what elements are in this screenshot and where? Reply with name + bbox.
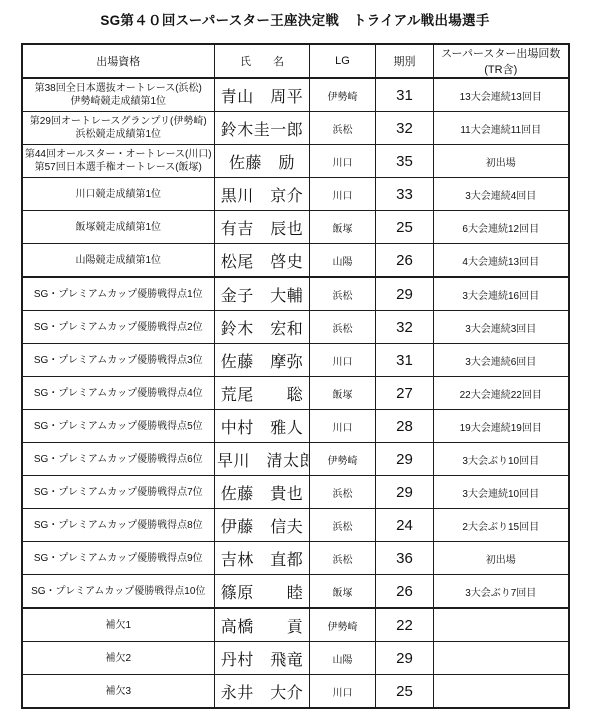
lg-cell: 浜松 bbox=[310, 311, 376, 344]
term-cell: 29 bbox=[376, 476, 434, 509]
lg-cell: 浜松 bbox=[310, 476, 376, 509]
roster-table: 出場資格 氏 名 LG 期別 スーパースター出場回数(TR含) 第38回全日本選… bbox=[21, 43, 570, 709]
term-cell: 32 bbox=[376, 112, 434, 145]
count-cell: 初出場 bbox=[434, 542, 569, 575]
table-row: 飯塚競走成績第1位 有吉 辰也 飯塚 25 6大会連続12回目 bbox=[22, 211, 569, 244]
table-row: SG・プレミアムカップ優勝戦得点6位 早川 清太郎 伊勢崎 29 3大会ぶり10… bbox=[22, 443, 569, 476]
count-cell bbox=[434, 608, 569, 642]
racer-name-cell: 荒尾 聡 bbox=[215, 377, 310, 410]
lg-cell: 川口 bbox=[310, 178, 376, 211]
term-cell: 31 bbox=[376, 78, 434, 112]
qualification-cell: 補欠3 bbox=[22, 675, 215, 709]
count-cell: 13大会連続13回目 bbox=[434, 78, 569, 112]
header-lg: LG bbox=[310, 44, 376, 78]
racer-name-cell: 篠原 睦 bbox=[215, 575, 310, 609]
table-row: SG・プレミアムカップ優勝戦得点3位 佐藤 摩弥 川口 31 3大会連続6回目 bbox=[22, 344, 569, 377]
qualification-cell: SG・プレミアムカップ優勝戦得点10位 bbox=[22, 575, 215, 609]
count-cell: 3大会ぶり10回目 bbox=[434, 443, 569, 476]
qualification-cell: 補欠1 bbox=[22, 608, 215, 642]
term-cell: 27 bbox=[376, 377, 434, 410]
header-term: 期別 bbox=[376, 44, 434, 78]
lg-cell: 浜松 bbox=[310, 112, 376, 145]
qualification-cell: SG・プレミアムカップ優勝戦得点7位 bbox=[22, 476, 215, 509]
racer-name-cell: 中村 雅人 bbox=[215, 410, 310, 443]
term-cell: 24 bbox=[376, 509, 434, 542]
count-cell: 2大会ぶり15回目 bbox=[434, 509, 569, 542]
qualification-cell: 第38回全日本選抜オートレース(浜松) 伊勢崎競走成績第1位 bbox=[22, 78, 215, 112]
table-row: SG・プレミアムカップ優勝戦得点1位 金子 大輔 浜松 29 3大会連続16回目 bbox=[22, 277, 569, 311]
racer-name-cell: 松尾 啓史 bbox=[215, 244, 310, 278]
header-name: 氏 名 bbox=[215, 44, 310, 78]
racer-name-cell: 永井 大介 bbox=[215, 675, 310, 709]
count-cell: 4大会連続13回目 bbox=[434, 244, 569, 278]
lg-cell: 伊勢崎 bbox=[310, 608, 376, 642]
count-cell bbox=[434, 642, 569, 675]
term-cell: 26 bbox=[376, 575, 434, 609]
count-cell: 3大会連続16回目 bbox=[434, 277, 569, 311]
qualification-cell: 山陽競走成績第1位 bbox=[22, 244, 215, 278]
count-cell: 3大会連続4回目 bbox=[434, 178, 569, 211]
lg-cell: 飯塚 bbox=[310, 211, 376, 244]
racer-name-cell: 青山 周平 bbox=[215, 78, 310, 112]
term-cell: 29 bbox=[376, 443, 434, 476]
table-row: SG・プレミアムカップ優勝戦得点4位 荒尾 聡 飯塚 27 22大会連続22回目 bbox=[22, 377, 569, 410]
qualification-cell: SG・プレミアムカップ優勝戦得点8位 bbox=[22, 509, 215, 542]
count-cell: 22大会連続22回目 bbox=[434, 377, 569, 410]
racer-name-cell: 有吉 辰也 bbox=[215, 211, 310, 244]
count-cell: 3大会連続3回目 bbox=[434, 311, 569, 344]
lg-cell: 川口 bbox=[310, 145, 376, 178]
page-title: SG第４０回スーパースター王座決定戦 トライアル戦出場選手 bbox=[0, 0, 590, 29]
header-qualification: 出場資格 bbox=[22, 44, 215, 78]
term-cell: 25 bbox=[376, 211, 434, 244]
table-row: 山陽競走成績第1位 松尾 啓史 山陽 26 4大会連続13回目 bbox=[22, 244, 569, 278]
racer-name-cell: 佐藤 摩弥 bbox=[215, 344, 310, 377]
qualification-cell: 補欠2 bbox=[22, 642, 215, 675]
table-row: SG・プレミアムカップ優勝戦得点9位 吉林 直都 浜松 36 初出場 bbox=[22, 542, 569, 575]
qualification-cell: SG・プレミアムカップ優勝戦得点9位 bbox=[22, 542, 215, 575]
header-count: スーパースター出場回数(TR含) bbox=[434, 44, 569, 78]
racer-name-cell: 黒川 京介 bbox=[215, 178, 310, 211]
racer-name-cell: 金子 大輔 bbox=[215, 277, 310, 311]
header-row: 出場資格 氏 名 LG 期別 スーパースター出場回数(TR含) bbox=[22, 44, 569, 78]
racer-name-cell: 吉林 直都 bbox=[215, 542, 310, 575]
term-cell: 25 bbox=[376, 675, 434, 709]
qualification-cell: SG・プレミアムカップ優勝戦得点6位 bbox=[22, 443, 215, 476]
count-cell: 初出場 bbox=[434, 145, 569, 178]
table-row: SG・プレミアムカップ優勝戦得点8位 伊藤 信夫 浜松 24 2大会ぶり15回目 bbox=[22, 509, 569, 542]
count-cell: 3大会連続6回目 bbox=[434, 344, 569, 377]
document-page: SG第４０回スーパースター王座決定戦 トライアル戦出場選手 出場資格 氏 名 L… bbox=[0, 0, 590, 722]
lg-cell: 山陽 bbox=[310, 642, 376, 675]
qualification-cell: 川口競走成績第1位 bbox=[22, 178, 215, 211]
table-row: 川口競走成績第1位 黒川 京介 川口 33 3大会連続4回目 bbox=[22, 178, 569, 211]
lg-cell: 浜松 bbox=[310, 542, 376, 575]
term-cell: 29 bbox=[376, 277, 434, 311]
term-cell: 31 bbox=[376, 344, 434, 377]
lg-cell: 川口 bbox=[310, 675, 376, 709]
table-row: 第38回全日本選抜オートレース(浜松) 伊勢崎競走成績第1位 青山 周平 伊勢崎… bbox=[22, 78, 569, 112]
term-cell: 22 bbox=[376, 608, 434, 642]
table-row: 補欠1 高橋 貢 伊勢崎 22 bbox=[22, 608, 569, 642]
table-row: 補欠3 永井 大介 川口 25 bbox=[22, 675, 569, 709]
qualification-cell: 第44回オールスター・オートレース(川口) 第57回日本選手権オートレース(飯塚… bbox=[22, 145, 215, 178]
table-row: SG・プレミアムカップ優勝戦得点5位 中村 雅人 川口 28 19大会連続19回… bbox=[22, 410, 569, 443]
term-cell: 32 bbox=[376, 311, 434, 344]
qualification-cell: 第29回オートレースグランプリ(伊勢崎) 浜松競走成績第1位 bbox=[22, 112, 215, 145]
count-cell: 3大会連続10回目 bbox=[434, 476, 569, 509]
racer-name-cell: 鈴木 宏和 bbox=[215, 311, 310, 344]
lg-cell: 川口 bbox=[310, 344, 376, 377]
qualification-cell: SG・プレミアムカップ優勝戦得点5位 bbox=[22, 410, 215, 443]
table-row: SG・プレミアムカップ優勝戦得点10位 篠原 睦 飯塚 26 3大会ぶり7回目 bbox=[22, 575, 569, 609]
lg-cell: 山陽 bbox=[310, 244, 376, 278]
table-row: 第44回オールスター・オートレース(川口) 第57回日本選手権オートレース(飯塚… bbox=[22, 145, 569, 178]
term-cell: 33 bbox=[376, 178, 434, 211]
racer-name-cell: 伊藤 信夫 bbox=[215, 509, 310, 542]
term-cell: 36 bbox=[376, 542, 434, 575]
qualification-cell: SG・プレミアムカップ優勝戦得点4位 bbox=[22, 377, 215, 410]
lg-cell: 飯塚 bbox=[310, 575, 376, 609]
table-header: 出場資格 氏 名 LG 期別 スーパースター出場回数(TR含) bbox=[22, 44, 569, 78]
racer-name-cell: 鈴木圭一郎 bbox=[215, 112, 310, 145]
table-row: SG・プレミアムカップ優勝戦得点2位 鈴木 宏和 浜松 32 3大会連続3回目 bbox=[22, 311, 569, 344]
qualification-cell: SG・プレミアムカップ優勝戦得点3位 bbox=[22, 344, 215, 377]
term-cell: 29 bbox=[376, 642, 434, 675]
qualification-cell: 飯塚競走成績第1位 bbox=[22, 211, 215, 244]
count-cell: 6大会連続12回目 bbox=[434, 211, 569, 244]
term-cell: 28 bbox=[376, 410, 434, 443]
racer-name-cell: 丹村 飛竜 bbox=[215, 642, 310, 675]
count-cell bbox=[434, 675, 569, 709]
lg-cell: 浜松 bbox=[310, 277, 376, 311]
qualification-cell: SG・プレミアムカップ優勝戦得点1位 bbox=[22, 277, 215, 311]
lg-cell: 飯塚 bbox=[310, 377, 376, 410]
lg-cell: 川口 bbox=[310, 410, 376, 443]
qualification-cell: SG・プレミアムカップ優勝戦得点2位 bbox=[22, 311, 215, 344]
count-cell: 3大会ぶり7回目 bbox=[434, 575, 569, 609]
count-cell: 19大会連続19回目 bbox=[434, 410, 569, 443]
table-body: 第38回全日本選抜オートレース(浜松) 伊勢崎競走成績第1位 青山 周平 伊勢崎… bbox=[22, 78, 569, 708]
racer-name-cell: 高橋 貢 bbox=[215, 608, 310, 642]
lg-cell: 浜松 bbox=[310, 509, 376, 542]
racer-name-cell: 早川 清太郎 bbox=[215, 443, 310, 476]
lg-cell: 伊勢崎 bbox=[310, 443, 376, 476]
table-row: 第29回オートレースグランプリ(伊勢崎) 浜松競走成績第1位 鈴木圭一郎 浜松 … bbox=[22, 112, 569, 145]
term-cell: 26 bbox=[376, 244, 434, 278]
table-row: 補欠2 丹村 飛竜 山陽 29 bbox=[22, 642, 569, 675]
table-row: SG・プレミアムカップ優勝戦得点7位 佐藤 貴也 浜松 29 3大会連続10回目 bbox=[22, 476, 569, 509]
racer-name-cell: 佐藤 貴也 bbox=[215, 476, 310, 509]
lg-cell: 伊勢崎 bbox=[310, 78, 376, 112]
term-cell: 35 bbox=[376, 145, 434, 178]
racer-name-cell: 佐藤 励 bbox=[215, 145, 310, 178]
count-cell: 11大会連続11回目 bbox=[434, 112, 569, 145]
